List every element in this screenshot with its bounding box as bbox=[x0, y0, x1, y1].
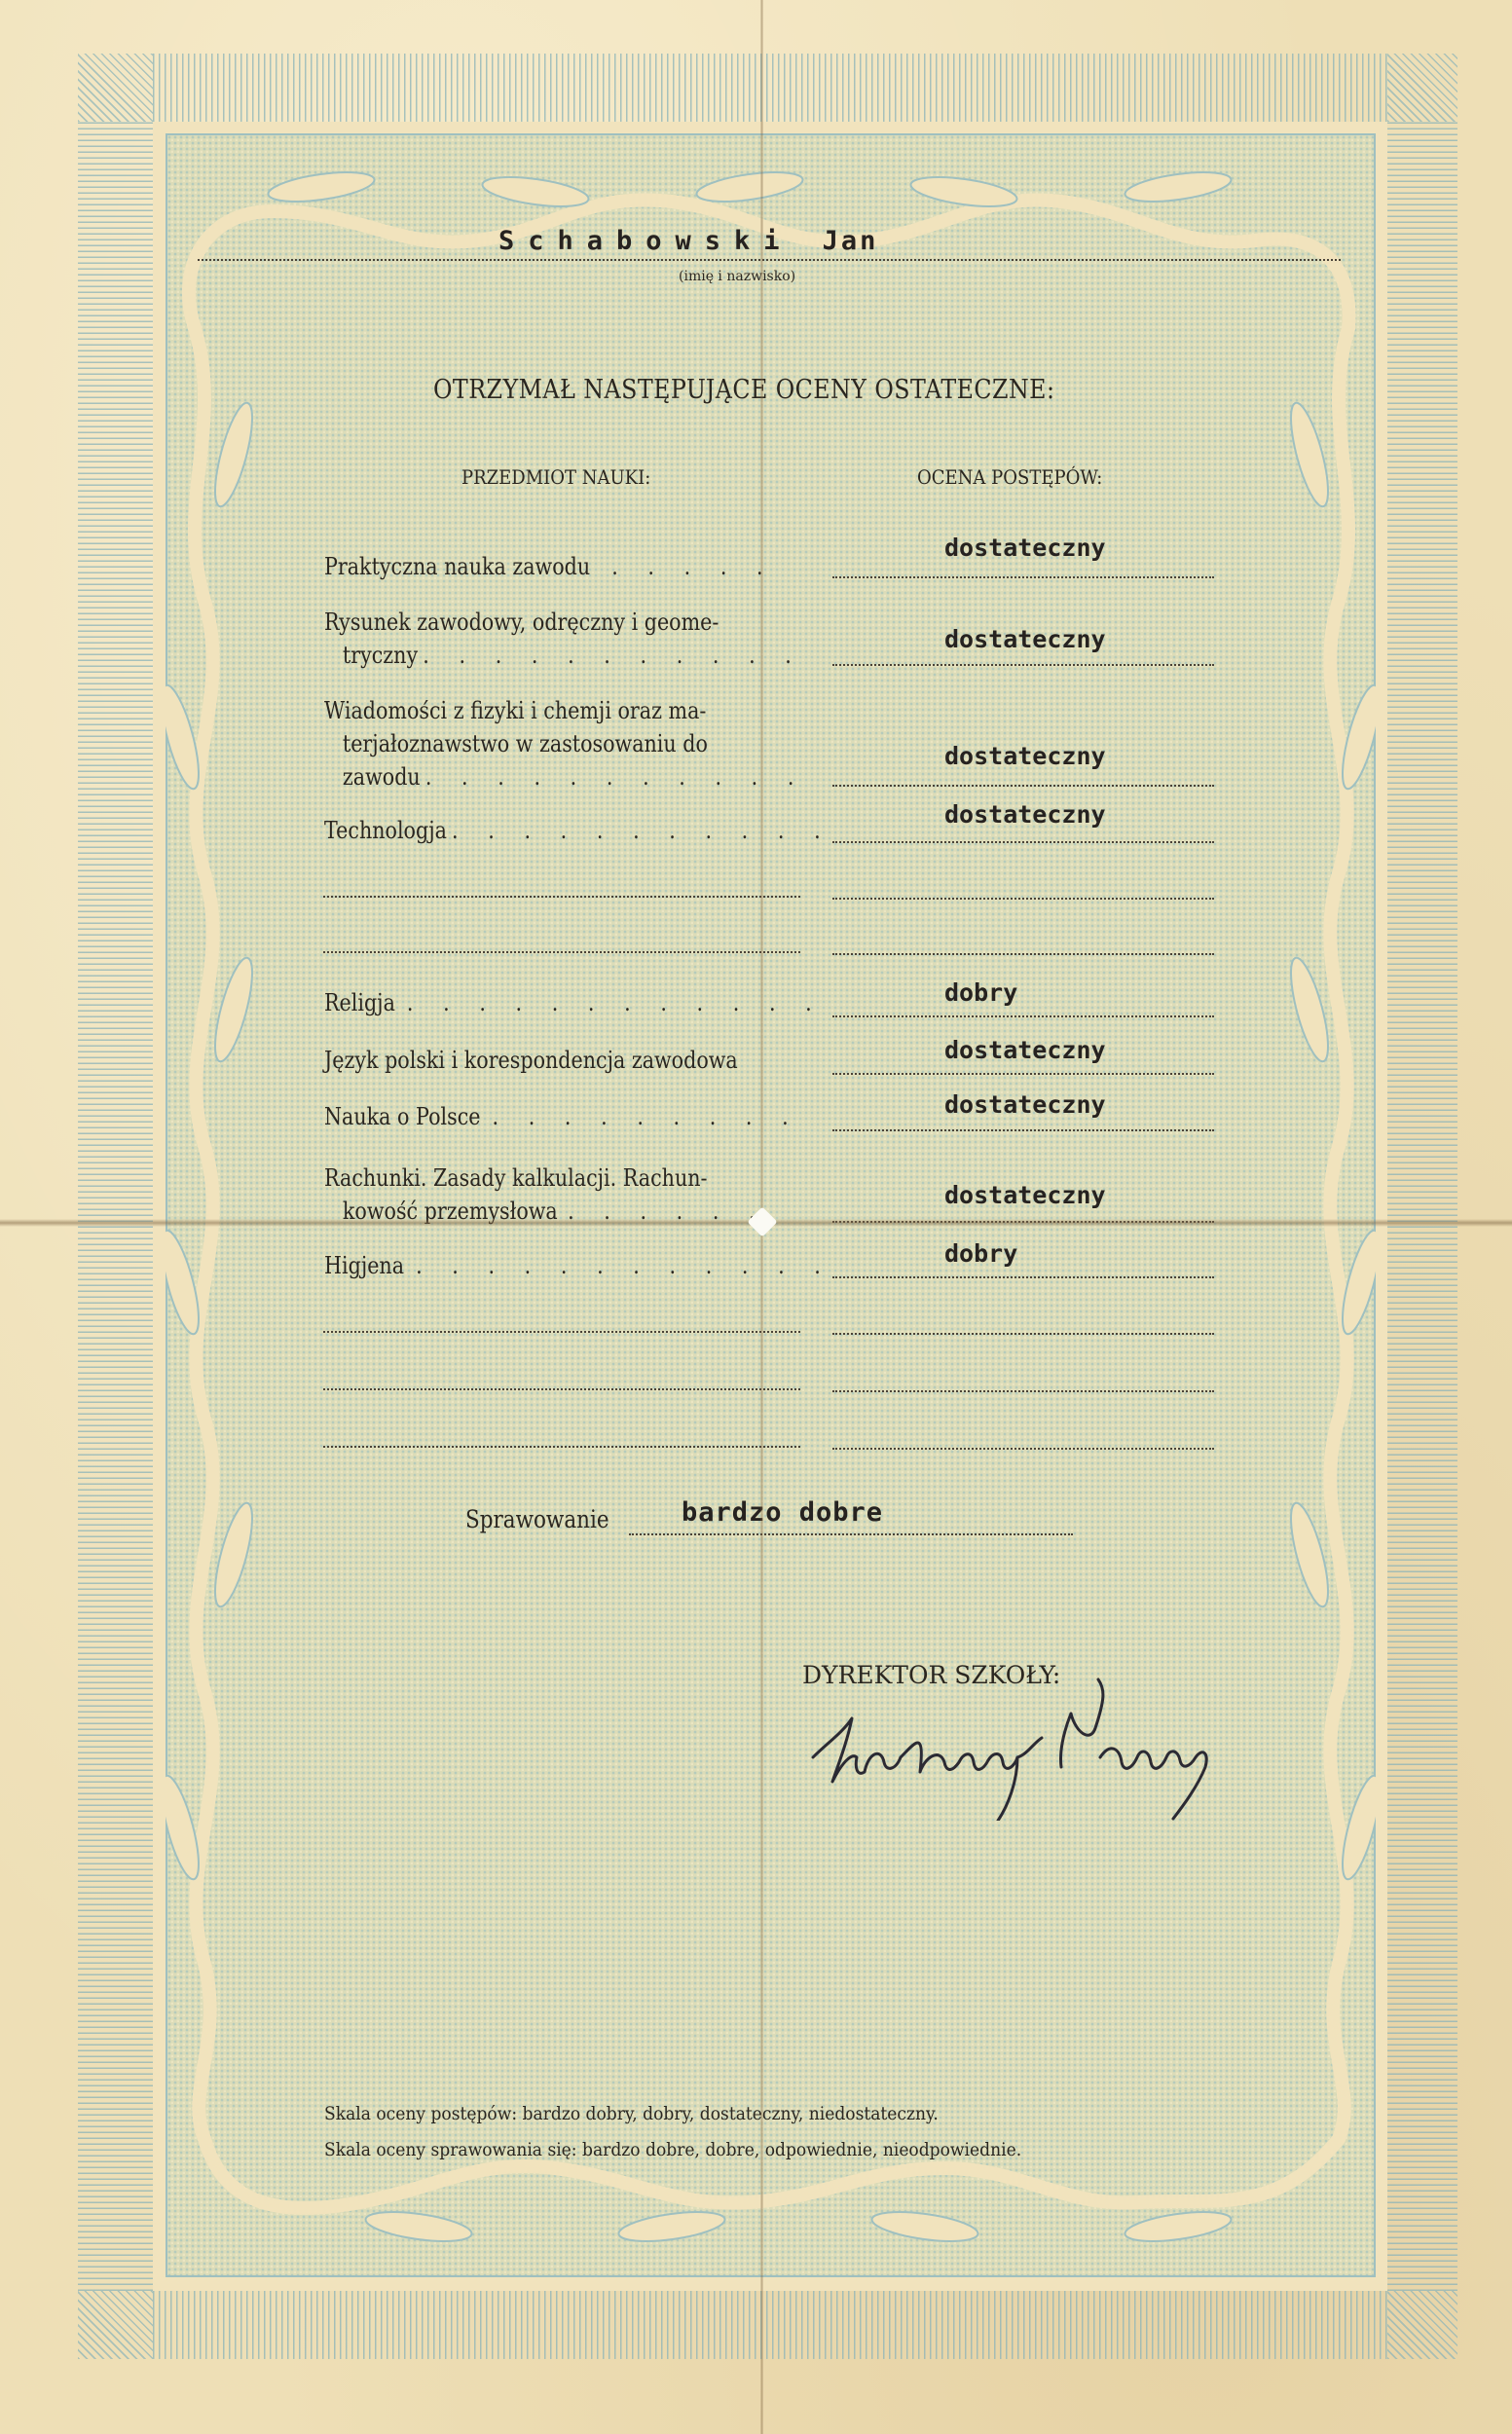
student-first-name: Jan bbox=[823, 226, 879, 256]
frame-corner-bl bbox=[78, 2291, 153, 2359]
student-surname: Schabowski bbox=[498, 226, 793, 256]
grade-dotted-line bbox=[832, 576, 1214, 578]
column-header-subject: PRZEDMIOT NAUKI: bbox=[461, 465, 650, 489]
subject-row-label: Wiadomości z fizyki i chemji oraz ma- te… bbox=[324, 694, 805, 793]
subject-row-label: Religja. . . . . . . . . . . . bbox=[324, 986, 824, 1019]
grade-dotted-line bbox=[832, 841, 1214, 843]
grade-value: dostateczny bbox=[944, 1090, 1106, 1119]
conduct-value: bardzo dobre bbox=[682, 1497, 883, 1528]
frame-hatch-bottom bbox=[153, 2291, 1387, 2359]
subject-row-label: Nauka o Polsce. . . . . . . . . bbox=[324, 1100, 800, 1133]
subject-row-label: Rachunki. Zasady kalkulacji. Rachun- kow… bbox=[324, 1162, 767, 1228]
frame-corner-tr bbox=[1387, 54, 1457, 122]
subject-row-label: Technologja. . . . . . . . . . . bbox=[324, 814, 832, 847]
name-dotted-line bbox=[198, 259, 1341, 261]
grade-dotted-line bbox=[832, 1073, 1214, 1075]
grade-dotted-line bbox=[832, 1129, 1214, 1131]
grade-dotted-line bbox=[832, 785, 1214, 787]
empty-grade-line bbox=[832, 1448, 1214, 1450]
frame-hatch-top bbox=[153, 54, 1387, 122]
grade-value: dobry bbox=[944, 978, 1017, 1007]
subject-row-label: Higjena. . . . . . . . . . . . bbox=[324, 1249, 832, 1282]
grade-value: dostateczny bbox=[944, 1181, 1106, 1209]
frame-corner-tl bbox=[78, 54, 153, 122]
empty-grade-line bbox=[832, 1390, 1214, 1392]
name-caption: (imię i nazwisko) bbox=[679, 269, 795, 284]
subject-row-label: Język polski i korespondencja zawodowa bbox=[324, 1044, 738, 1077]
student-name: SchabowskiJan bbox=[498, 226, 878, 256]
grade-dotted-line bbox=[832, 1276, 1214, 1278]
empty-subject-line bbox=[323, 1388, 800, 1390]
frame-hatch-right bbox=[1387, 122, 1457, 2291]
conduct-scale-note: Skala oceny sprawowania się: bardzo dobr… bbox=[324, 2139, 1021, 2160]
grade-value: dostateczny bbox=[944, 625, 1106, 653]
grade-dotted-line bbox=[832, 1015, 1214, 1017]
grade-value: dobry bbox=[944, 1239, 1017, 1268]
column-header-grade: OCENA POSTĘPÓW: bbox=[917, 465, 1102, 489]
empty-subject-line bbox=[323, 1331, 800, 1333]
conduct-dotted-line bbox=[629, 1533, 1073, 1535]
frame-hatch-left bbox=[78, 122, 153, 2291]
grade-value: dostateczny bbox=[944, 742, 1106, 770]
subject-row-label: Rysunek zawodowy, odręczny i geome- tryc… bbox=[324, 606, 803, 672]
grade-value: dostateczny bbox=[944, 534, 1106, 562]
subject-row-label: Praktyczna nauka zawodu . . . . . bbox=[324, 550, 775, 583]
grade-value: dostateczny bbox=[944, 1036, 1106, 1064]
progress-scale-note: Skala oceny postępów: bardzo dobry, dobr… bbox=[324, 2103, 939, 2124]
empty-subject-line bbox=[323, 896, 800, 898]
empty-grade-line bbox=[832, 953, 1214, 955]
grade-value: dostateczny bbox=[944, 800, 1106, 829]
empty-grade-line bbox=[832, 898, 1214, 900]
signature-icon bbox=[808, 1675, 1246, 1821]
conduct-label: Sprawowanie bbox=[465, 1505, 609, 1533]
frame-corner-br bbox=[1387, 2291, 1457, 2359]
empty-grade-line bbox=[832, 1333, 1214, 1335]
grade-dotted-line bbox=[832, 664, 1214, 666]
empty-subject-line bbox=[323, 1446, 800, 1448]
empty-subject-line bbox=[323, 951, 800, 953]
page-title: OTRZYMAŁ NASTĘPUJĄCE OCENY OSTATECZNE: bbox=[433, 375, 1054, 405]
